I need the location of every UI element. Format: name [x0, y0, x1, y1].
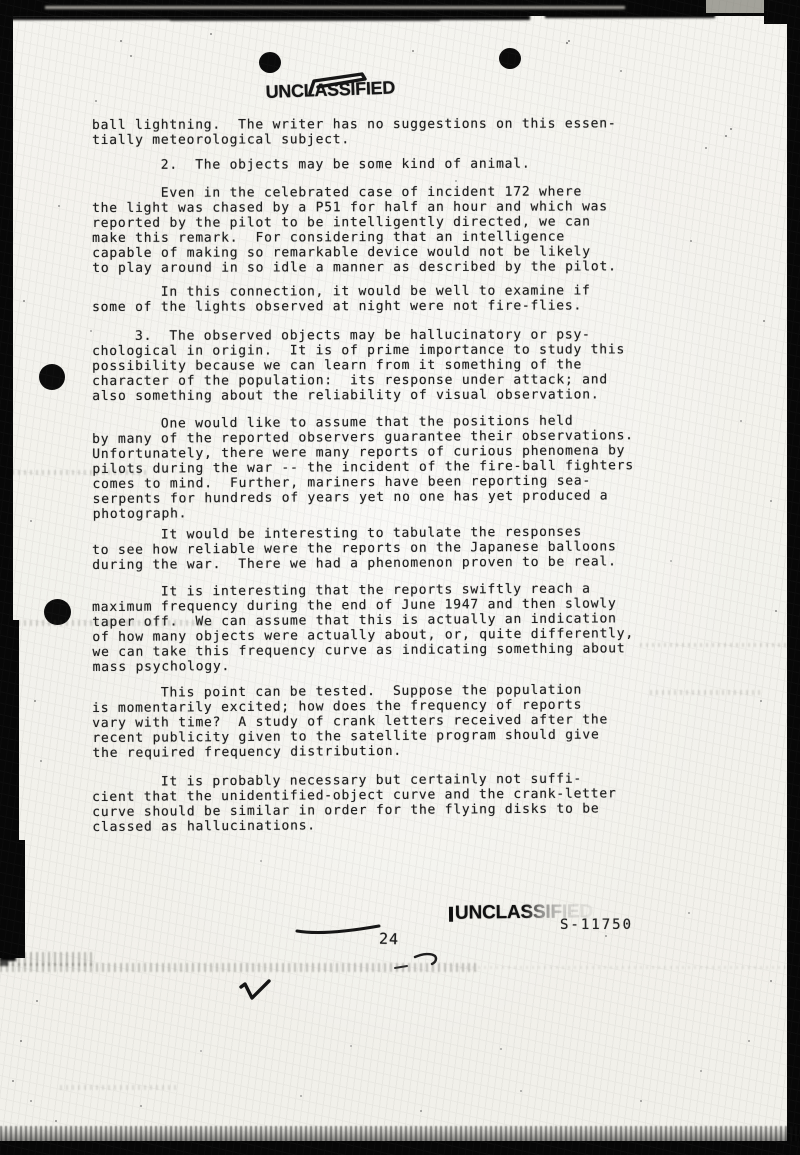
- scan-edge-streak: [45, 6, 625, 9]
- document-paragraph: In this connection, it would be well to …: [92, 283, 591, 315]
- scan-edge-ragged: [545, 14, 715, 18]
- document-paragraph: It would be interesting to tabulate the …: [92, 524, 617, 573]
- scan-grain-overlay: [0, 0, 800, 1155]
- document-paragraph: 2. The objects may be some kind of anima…: [92, 157, 530, 173]
- document-number: S-11750: [560, 917, 633, 933]
- page-number-underline-pen-mark: [293, 920, 385, 938]
- document-paragraph: Even in the celebrated case of incident …: [92, 184, 617, 276]
- document-paragraph: One would like to assume that the positi…: [92, 413, 634, 522]
- punch-hole-top-right: [499, 48, 521, 69]
- scan-noise-speckles: [0, 0, 2, 2]
- scan-smudge: [640, 643, 790, 647]
- scan-edge-fade: [0, 1126, 800, 1142]
- scan-smudge: [460, 966, 800, 969]
- scan-edge-left: [0, 620, 19, 845]
- document-paragraph: It is interesting that the reports swift…: [92, 581, 634, 675]
- scan-edge-ragged: [0, 960, 8, 966]
- document-paragraph: This point can be tested. Suppose the po…: [92, 682, 608, 761]
- document-paragraph: 3. The observed objects may be hallucina…: [92, 327, 625, 404]
- scan-edge-gray-patch: [706, 0, 766, 13]
- page-number: 24: [379, 930, 400, 949]
- punch-hole-top-left: [259, 52, 281, 73]
- punch-hole-left-upper: [39, 364, 65, 390]
- scanned-document-page: UNCLASSIFIED ball lightning. The writer …: [0, 0, 800, 1155]
- scan-edge-ragged: [170, 18, 440, 21]
- document-paragraph: ball lightning. The writer has no sugges…: [92, 116, 616, 148]
- scan-edge-left: [0, 0, 13, 625]
- punch-hole-left-lower: [44, 599, 71, 625]
- scan-smudge: [60, 1085, 180, 1090]
- stamp-edge-bar: [449, 907, 453, 922]
- checkmark-pen-mark: [238, 978, 274, 1006]
- scan-edge-bottom: [0, 1141, 800, 1155]
- arrow-pen-mark: [393, 948, 443, 976]
- document-paragraph: It is probably necessary but certainly n…: [92, 771, 617, 835]
- scan-smudge: [650, 690, 760, 695]
- pen-stroke-over-stamp: [300, 68, 372, 98]
- scan-edge-left: [0, 840, 25, 958]
- scan-edge-right: [787, 0, 800, 1155]
